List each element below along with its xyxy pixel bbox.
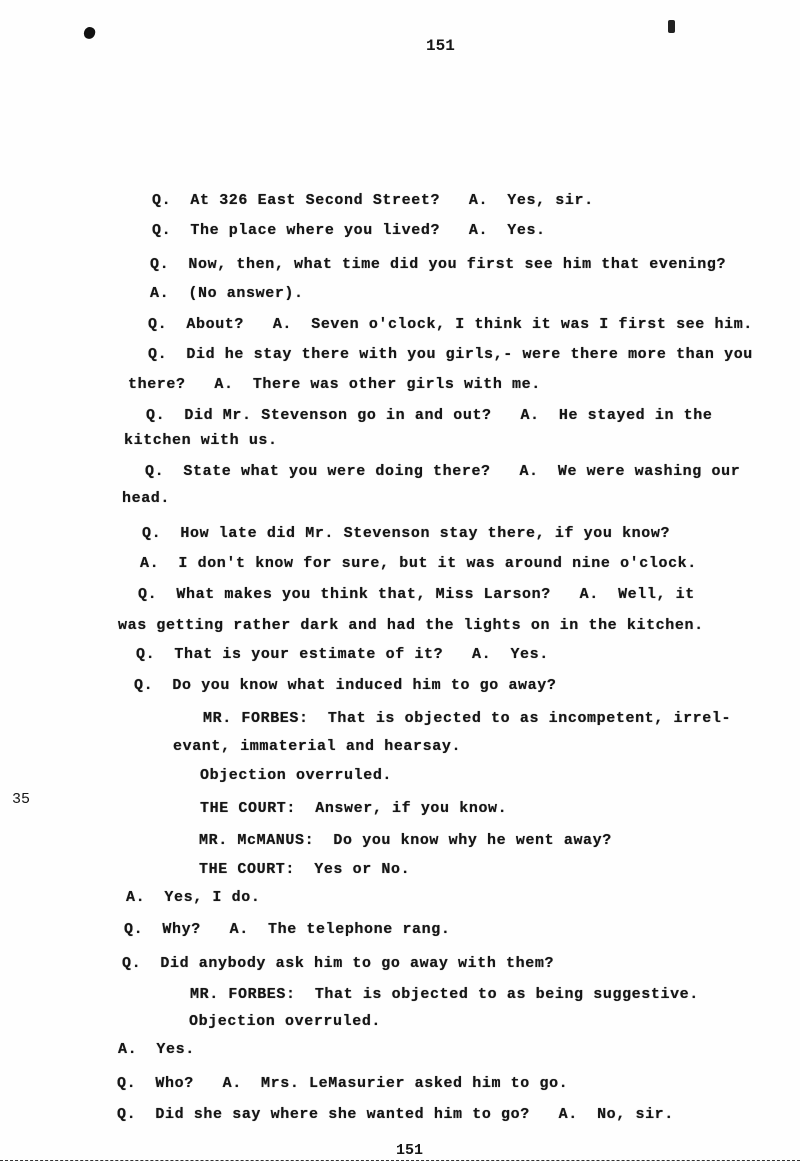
transcript-line: Q. Did she say where she wanted him to g…	[117, 1106, 674, 1124]
transcript-line: A. (No answer).	[150, 285, 304, 303]
transcript-line: Q. How late did Mr. Stevenson stay there…	[142, 525, 670, 543]
transcript-line: Q. State what you were doing there? A. W…	[145, 463, 740, 481]
transcript-line: MR. FORBES: That is objected to as being…	[190, 986, 699, 1004]
ink-blot-mark	[82, 25, 96, 40]
transcript-line: was getting rather dark and had the ligh…	[118, 617, 704, 635]
transcript-line: THE COURT: Yes or No.	[199, 861, 410, 879]
page-number-top: 151	[426, 37, 455, 55]
transcript-line: Q. Do you know what induced him to go aw…	[134, 677, 556, 695]
transcript-line: Q. The place where you lived? A. Yes.	[152, 222, 546, 240]
transcript-line: evant, immaterial and hearsay.	[173, 738, 461, 756]
transcript-line: A. Yes, I do.	[126, 889, 260, 907]
margin-line-number: 35	[12, 791, 30, 808]
transcript-page: 151 Q. At 326 East Second Street? A. Yes…	[0, 0, 800, 1163]
transcript-line: A. Yes.	[118, 1041, 195, 1059]
ink-mark	[668, 20, 675, 33]
transcript-line: Q. What makes you think that, Miss Larso…	[138, 586, 695, 604]
transcript-line: there? A. There was other girls with me.	[128, 376, 541, 394]
transcript-line: Q. About? A. Seven o'clock, I think it w…	[148, 316, 753, 334]
transcript-line: THE COURT: Answer, if you know.	[200, 800, 507, 818]
transcript-line: Objection overruled.	[200, 767, 392, 785]
transcript-line: kitchen with us.	[124, 432, 278, 450]
transcript-line: Q. Why? A. The telephone rang.	[124, 921, 450, 939]
transcript-line: Objection overruled.	[189, 1013, 381, 1031]
transcript-line: head.	[122, 490, 170, 508]
page-number-bottom: 151	[396, 1142, 423, 1159]
transcript-line: Q. Did he stay there with you girls,- we…	[148, 346, 753, 364]
transcript-line: Q. Did anybody ask him to go away with t…	[122, 955, 554, 973]
transcript-line: Q. Now, then, what time did you first se…	[150, 256, 726, 274]
transcript-line: Q. Did Mr. Stevenson go in and out? A. H…	[146, 407, 713, 425]
transcript-line: Q. At 326 East Second Street? A. Yes, si…	[152, 192, 594, 210]
transcript-line: A. I don't know for sure, but it was aro…	[140, 555, 697, 573]
transcript-line: Q. That is your estimate of it? A. Yes.	[136, 646, 549, 664]
transcript-line: Q. Who? A. Mrs. LeMasurier asked him to …	[117, 1075, 568, 1093]
transcript-line: MR. McMANUS: Do you know why he went awa…	[199, 832, 612, 850]
bottom-rule	[0, 1160, 800, 1162]
transcript-line: MR. FORBES: That is objected to as incom…	[203, 710, 731, 728]
